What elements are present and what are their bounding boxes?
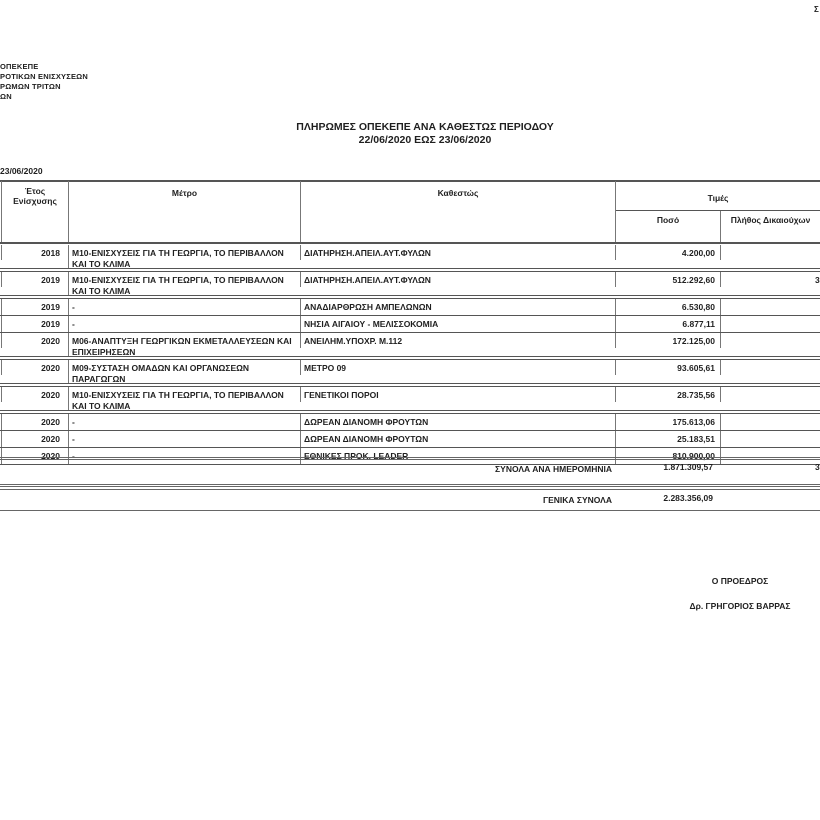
cell-year: 2020 (2, 363, 60, 374)
date-totals-amount: 1.871.309,57 (615, 462, 713, 473)
header-beneficiaries: Πλήθος Δικαιούχων (721, 215, 820, 225)
cell-status: ΔΙΑΤΗΡΗΣΗ.ΑΠΕΙΛ.ΑΥΤ.ΦΥΛΩΝ (304, 248, 431, 259)
cell-status: ΔΩΡΕΑΝ ΔΙΑΝΟΜΗ ΦΡΟΥΤΩΝ (304, 434, 428, 445)
org-line: ΟΠΕΚΕΠΕ (0, 62, 88, 72)
cell-status: ΓΕΝΕΤΙΚΟΙ ΠΟΡΟΙ (304, 390, 379, 401)
org-line: ΡΩΜΩΝ ΤΡΙΤΩΝ (0, 82, 88, 92)
cell-year: 2020 (2, 390, 60, 401)
date-totals-beneficiaries: 3 (815, 462, 820, 473)
cell-year: 2020 (2, 336, 60, 347)
cell-amount: 93.605,61 (615, 363, 715, 374)
cell-status: ΑΝΑΔΙΑΡΘΡΩΣΗ ΑΜΠΕΛΩΝΩΝ (304, 302, 432, 313)
cell-measure: Μ09-ΣΥΣΤΑΣΗ ΟΜΑΔΩΝ ΚΑΙ ΟΡΓΑΝΩΣΕΩΝ ΠΑΡΑΓΩ… (72, 363, 300, 384)
cell-year: 2018 (2, 248, 60, 259)
cell-amount: 172.125,00 (615, 336, 715, 347)
cell-measure: - (72, 319, 300, 330)
cell-measure: Μ06-ΑΝΑΠΤΥΞΗ ΓΕΩΡΓΙΚΩΝ ΕΚΜΕΤΑΛΛΕΥΣΕΩΝ ΚΑ… (72, 336, 300, 357)
cell-beneficiaries: 3 (815, 275, 820, 286)
cell-measure: Μ10-ΕΝΙΣΧΥΣΕΙΣ ΓΙΑ ΤΗ ΓΕΩΡΓΙΑ, ΤΟ ΠΕΡΙΒΑ… (72, 390, 300, 411)
header-status: Καθεστώς (301, 188, 615, 198)
report-period: 22/06/2020 ΕΩΣ 23/06/2020 (180, 134, 670, 146)
cell-year: 2019 (2, 319, 60, 330)
organization-header: ΟΠΕΚΕΠΕ ΡΟΤΙΚΩΝ ΕΝΙΣΧΥΣΕΩΝ ΡΩΜΩΝ ΤΡΙΤΩΝ … (0, 62, 88, 102)
report-title: ΠΛΗΡΩΜΕΣ ΟΠΕΚΕΠΕ ΑΝΑ ΚΑΘΕΣΤΩΣ ΠΕΡΙΟΔΟΥ (180, 121, 670, 133)
date-totals-label: ΣΥΝΟΛΑ ΑΝΑ ΗΜΕΡΟΜΗΝΙΑ (400, 464, 612, 475)
cell-year: 2020 (2, 434, 60, 445)
cell-status: ΔΙΑΤΗΡΗΣΗ.ΑΠΕΙΛ.ΑΥΤ.ΦΥΛΩΝ (304, 275, 431, 286)
cell-status: ΜΕΤΡΟ 09 (304, 363, 346, 374)
report-date: 23/06/2020 (0, 166, 43, 176)
header-amount: Ποσό (616, 215, 720, 225)
grand-totals-label: ΓΕΝΙΚΑ ΣΥΝΟΛΑ (400, 495, 612, 506)
signature-role: Ο ΠΡΟΕΔΡΟΣ (650, 576, 820, 586)
cell-amount: 175.613,06 (615, 417, 715, 428)
cell-status: ΔΩΡΕΑΝ ΔΙΑΝΟΜΗ ΦΡΟΥΤΩΝ (304, 417, 428, 428)
cell-year: 2020 (2, 417, 60, 428)
cell-measure: - (72, 434, 300, 445)
grand-totals-amount: 2.283.356,09 (615, 493, 713, 504)
header-values: Τιμές (616, 193, 820, 203)
cell-amount: 512.292,60 (615, 275, 715, 286)
cell-amount: 25.183,51 (615, 434, 715, 445)
cell-amount: 6.530,80 (615, 302, 715, 313)
signature-name: Δρ. ΓΡΗΓΟΡΙΟΣ ΒΑΡΡΑΣ (650, 601, 820, 611)
org-line: ΡΟΤΙΚΩΝ ΕΝΙΣΧΥΣΕΩΝ (0, 72, 88, 82)
cell-year: 2019 (2, 275, 60, 286)
cell-status: ΝΗΣΙΑ ΑΙΓΑΙΟΥ - ΜΕΛΙΣΣΟΚΟΜΙΑ (304, 319, 438, 330)
cell-amount: 28.735,56 (615, 390, 715, 401)
cell-measure: Μ10-ΕΝΙΣΧΥΣΕΙΣ ΓΙΑ ΤΗ ΓΕΩΡΓΙΑ, ΤΟ ΠΕΡΙΒΑ… (72, 248, 300, 269)
cell-amount: 6.877,11 (615, 319, 715, 330)
header-year: Έτος Ενίσχυσης (2, 186, 68, 206)
org-line: ΩΝ (0, 92, 88, 102)
cell-status: ΑΝΕΙΛΗΜ.ΥΠΟΧΡ. Μ.112 (304, 336, 402, 347)
header-measure: Μέτρο (69, 188, 300, 198)
cell-measure: Μ10-ΕΝΙΣΧΥΣΕΙΣ ΓΙΑ ΤΗ ΓΕΩΡΓΙΑ, ΤΟ ΠΕΡΙΒΑ… (72, 275, 300, 296)
page-marker: Σ (814, 5, 819, 14)
cell-measure: - (72, 302, 300, 313)
cell-amount: 4.200,00 (615, 248, 715, 259)
cell-measure: - (72, 417, 300, 428)
cell-year: 2019 (2, 302, 60, 313)
